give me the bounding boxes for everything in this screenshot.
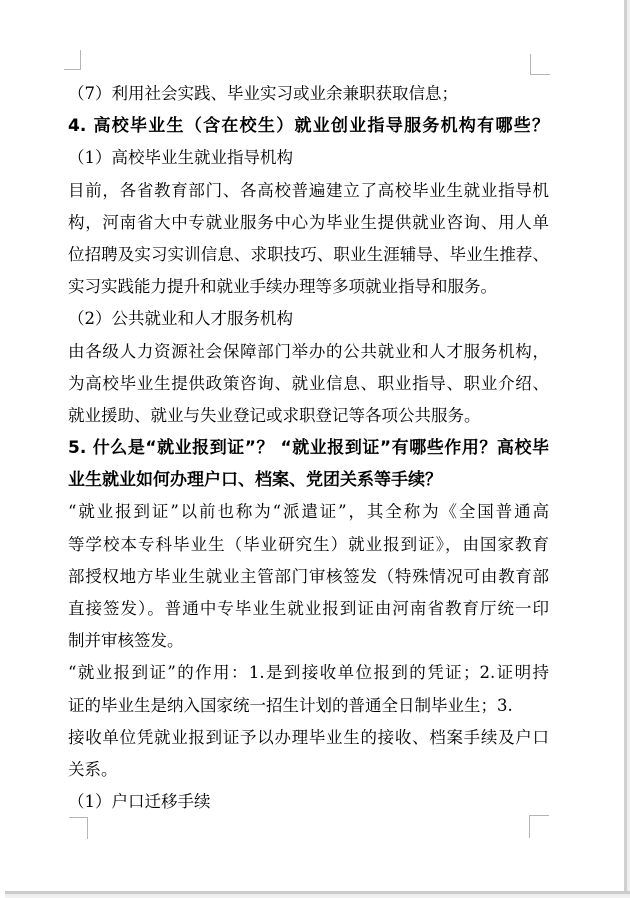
- crop-mark-bottom-left-icon: [69, 817, 88, 839]
- heading-question-5-line-1: 5. 什么是“就业报到证”？ “就业报到证”有哪些作用？高校毕: [68, 432, 549, 464]
- para-public-service-line-1: 由各级人力资源社会保障部门举办的公共就业和人才服务机构，: [68, 336, 549, 368]
- para-baodaozheng-intro-line-2: 等学校本专科毕业生（毕业研究生）就业报到证》，由国家教育: [68, 529, 549, 561]
- document-text-area: （7）利用社会实践、毕业实习或业余兼职获取信息； 4. 高校毕业生（含在校生）就…: [68, 78, 549, 818]
- para-baodaozheng-intro-line-4: 直接签发）。普通中专毕业生就业报到证由河南省教育厅统一印: [68, 593, 549, 625]
- crop-mark-top-right-icon: [530, 54, 550, 75]
- para-college-guidance-line-1: 目前，各省教育部门、各高校普遍建立了高校毕业生就业指导机: [68, 175, 549, 207]
- document-page: （7）利用社会实践、毕业实习或业余兼职获取信息； 4. 高校毕业生（含在校生）就…: [0, 0, 630, 898]
- crop-mark-top-left-icon: [64, 50, 81, 70]
- crop-mark-bottom-right-icon: [529, 815, 549, 838]
- para-functions-line-3: 接收单位凭就业报到证予以办理毕业生的接收、档案手续及户口: [68, 722, 549, 754]
- subheading-1-hukou: （1）户口迁移手续: [68, 786, 549, 818]
- para-baodaozheng-intro-line-5: 制并审核签发。: [68, 625, 549, 657]
- bullet-item-7: （7）利用社会实践、毕业实习或业余兼职获取信息；: [68, 78, 549, 110]
- subheading-2-public-service: （2）公共就业和人才服务机构: [68, 303, 549, 335]
- para-college-guidance-line-4: 实习实践能力提升和就业手续办理等多项就业指导和服务。: [68, 271, 549, 303]
- page-edge-right: [624, 0, 630, 898]
- para-functions-line-2: 证的毕业生是纳入国家统一招生计划的普通全日制毕业生；3.: [68, 690, 549, 722]
- page-edge-bottom: [5, 891, 630, 898]
- para-functions-line-1: “就业报到证”的作用：1.是到接收单位报到的凭证；2.证明持: [68, 657, 549, 689]
- para-public-service-line-2: 为高校毕业生提供政策咨询、就业信息、职业指导、职业介绍、: [68, 368, 549, 400]
- heading-question-4: 4. 高校毕业生（含在校生）就业创业指导服务机构有哪些？: [68, 110, 549, 142]
- para-college-guidance-line-3: 位招聘及实习实训信息、求职技巧、职业生涯辅导、毕业生推荐、: [68, 239, 549, 271]
- para-baodaozheng-intro-line-3: 部授权地方毕业生就业主管部门审核签发（特殊情况可由教育部: [68, 561, 549, 593]
- subheading-1-college-guidance: （1）高校毕业生就业指导机构: [68, 142, 549, 174]
- para-baodaozheng-intro-line-1: “就业报到证”以前也称为“派遣证”，其全称为《全国普通高: [68, 496, 549, 528]
- para-functions-line-4: 关系。: [68, 754, 549, 786]
- para-college-guidance-line-2: 构，河南省大中专就业服务中心为毕业生提供就业咨询、用人单: [68, 207, 549, 239]
- para-public-service-line-3: 就业援助、就业与失业登记或求职登记等各项公共服务。: [68, 400, 549, 432]
- heading-question-5-line-2: 业生就业如何办理户口、档案、党团关系等手续？: [68, 464, 549, 496]
